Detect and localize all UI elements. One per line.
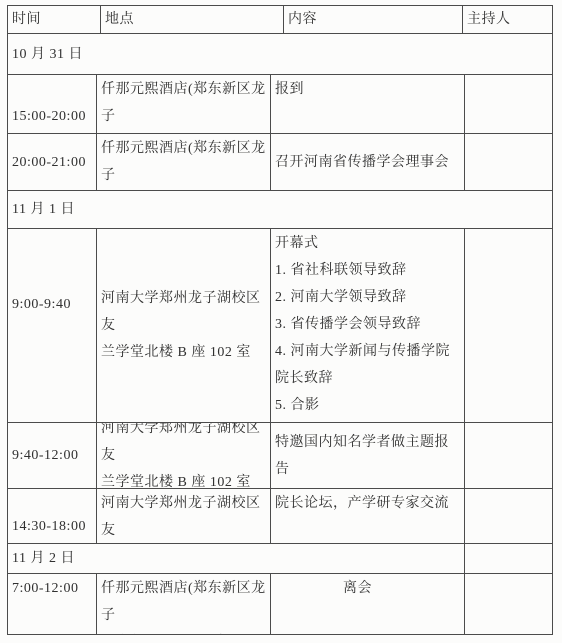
content-cell: 离会 xyxy=(271,574,465,634)
host-cell xyxy=(465,423,552,488)
header-cell-location: 地点 xyxy=(101,6,284,33)
date-cell: 10 月 31 日 xyxy=(8,34,552,74)
date-cell: 11 月 2 日 xyxy=(8,544,465,573)
content-cell: 特邀国内知名学者做主题报 告 xyxy=(271,423,465,488)
row-board-meeting: 20:00-21:00 仟那元熙酒店(郑东新区龙子 湖尚贤街 32 号 A 座)… xyxy=(8,134,552,191)
host-cell xyxy=(465,574,552,634)
content-cell: 院长论坛，产学研专家交流 xyxy=(271,489,465,543)
location-cell: 仟那元熙酒店(郑东新区龙子 湖尚贤街 32 号 A 座) xyxy=(97,134,271,190)
location-cell: 仟那元熙酒店(郑东新区龙子 湖尚贤街 32 号 A 座) xyxy=(97,75,271,133)
location-cell: 仟那元熙酒店(郑东新区龙子 湖尚贤街 32 号 A 座) xyxy=(97,574,271,634)
content-cell: 开幕式 1. 省社科联领导致辞 2. 河南大学领导致辞 3. 省传播学会领导致辞… xyxy=(271,229,465,422)
row-dean-forum: 14:30-18:00 河南大学郑州龙子湖校区友 兰学堂北楼 B 座 102 室… xyxy=(8,489,552,544)
time-cell: 20:00-21:00 xyxy=(8,134,97,190)
page: 时间 地点 内容 主持人 10 月 31 日 15:00-20:00 仟那元熙酒… xyxy=(0,0,562,643)
row-departure: 7:00-12:00 仟那元熙酒店(郑东新区龙子 湖尚贤街 32 号 A 座) … xyxy=(8,574,552,634)
date-row-nov-2: 11 月 2 日 xyxy=(8,544,552,574)
time-cell: 14:30-18:00 xyxy=(8,489,97,543)
row-opening-ceremony: 9:00-9:40 河南大学郑州龙子湖校区友 兰学堂北楼 B 座 102 室 开… xyxy=(8,229,552,423)
schedule-table: 时间 地点 内容 主持人 10 月 31 日 15:00-20:00 仟那元熙酒… xyxy=(7,5,553,635)
host-cell xyxy=(465,544,552,573)
date-cell: 11 月 1 日 xyxy=(8,191,552,228)
header-cell-time: 时间 xyxy=(8,6,101,33)
content-cell: 召开河南省传播学会理事会 xyxy=(271,134,465,190)
location-cell: 河南大学郑州龙子湖校区友 兰学堂北楼 B 座 102 室 xyxy=(97,489,271,543)
time-cell: 9:00-9:40 xyxy=(8,229,97,422)
content-cell: 报到 xyxy=(271,75,465,133)
row-keynote: 9:40-12:00 河南大学郑州龙子湖校区友 兰学堂北楼 B 座 102 室 … xyxy=(8,423,552,489)
date-row-oct-31: 10 月 31 日 xyxy=(8,34,552,75)
time-cell: 7:00-12:00 xyxy=(8,574,97,634)
location-cell: 河南大学郑州龙子湖校区友 兰学堂北楼 B 座 102 室 xyxy=(97,229,271,422)
date-row-nov-1: 11 月 1 日 xyxy=(8,191,552,229)
host-cell xyxy=(465,229,552,422)
host-cell xyxy=(465,489,552,543)
header-cell-content: 内容 xyxy=(284,6,463,33)
row-checkin: 15:00-20:00 仟那元熙酒店(郑东新区龙子 湖尚贤街 32 号 A 座)… xyxy=(8,75,552,134)
time-cell: 15:00-20:00 xyxy=(8,75,97,133)
host-cell xyxy=(465,134,552,190)
location-cell: 河南大学郑州龙子湖校区友 兰学堂北楼 B 座 102 室 xyxy=(97,423,271,488)
host-cell xyxy=(465,75,552,133)
header-cell-host: 主持人 xyxy=(463,6,552,33)
header-row: 时间 地点 内容 主持人 xyxy=(8,6,552,34)
time-cell: 9:40-12:00 xyxy=(8,423,97,488)
